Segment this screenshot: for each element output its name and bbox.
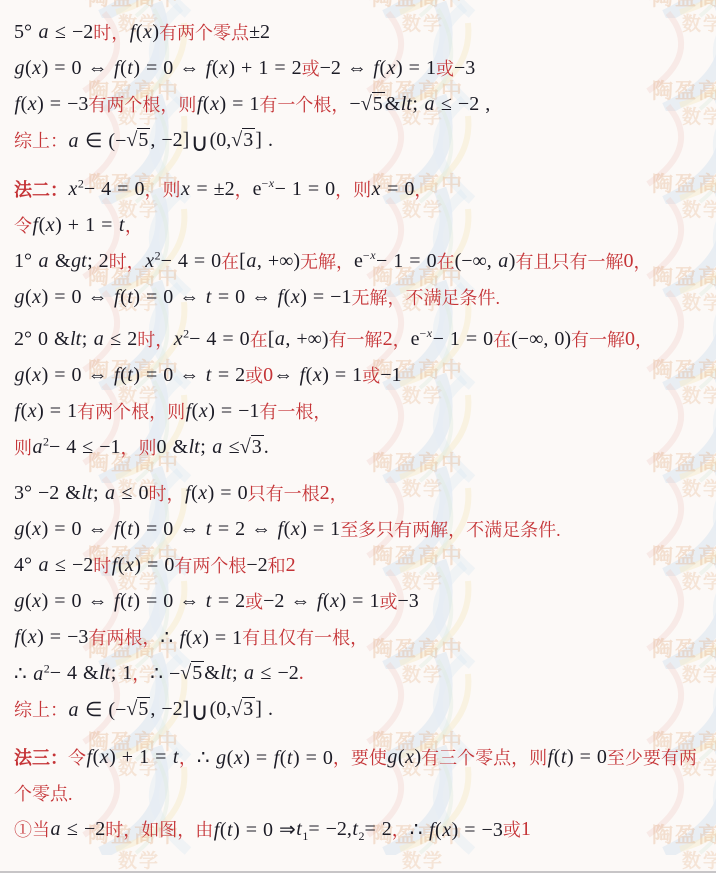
math-text: x = ±2 xyxy=(180,178,234,201)
chinese-text: 或 xyxy=(379,588,397,614)
text-line-2: g(x) = 0 ⇔ f(t) = 0 ⇔ f(x) + 1 = 2 或 −2 … xyxy=(0,50,716,86)
chinese-text: ， xyxy=(633,248,651,274)
math-text: (0, xyxy=(210,698,232,721)
chinese-text: 和 xyxy=(268,552,286,578)
chinese-text: 或 xyxy=(436,55,454,81)
math-text: . xyxy=(264,436,269,459)
chinese-text: ， xyxy=(635,326,653,352)
math-text: − 4 &lt; 1 xyxy=(50,662,133,685)
document-page: 陶盈高中数学陶盈高中数学陶盈高中数学陶盈高中数学陶盈高中数学陶盈高中数学陶盈高中… xyxy=(0,0,716,873)
math-text: 1 xyxy=(521,818,531,841)
math-text: 0 &lt; a ≤ xyxy=(157,436,240,459)
chinese-text: 有一解 xyxy=(329,326,383,352)
math-text: − 4 = 0 xyxy=(84,178,145,201)
chinese-text: 令 xyxy=(14,212,32,238)
text-line-20: 法三：令 f(x) + 1 = t， ∴ g(x) = f(t) = 0，要使 … xyxy=(0,739,716,775)
chinese-text: ，则 xyxy=(335,176,371,202)
math-text: 1° a &gt; 2 xyxy=(14,250,109,273)
math-text: f(x) = −1 xyxy=(185,400,259,423)
math-text: 0 xyxy=(625,328,635,351)
chinese-text: 无解，不满足条件. xyxy=(351,284,500,310)
chinese-text: 时， xyxy=(93,19,129,45)
math-text: f(x) = 0 xyxy=(111,554,174,577)
chinese-text: 个零点. xyxy=(14,780,73,806)
math-text: x2 xyxy=(173,328,189,351)
chinese-text: 有一个根， xyxy=(259,91,349,117)
chinese-text: 有两根， xyxy=(88,624,160,650)
text-line-15: 4° a ≤ −2时 f(x) = 0 有两个根−2和 2 xyxy=(0,547,716,583)
math-text: a ∈ (− xyxy=(68,697,126,722)
math-text: −2 ⇔ f(x) = 1 xyxy=(263,590,379,613)
chinese-text: ①当 xyxy=(14,816,50,842)
chinese-text: 有两个根 xyxy=(174,552,246,578)
text-line-16: g(x) = 0 ⇔ f(t) = 0 ⇔ t = 2 或 −2 ⇔ f(x) … xyxy=(0,583,716,619)
text-line-5: 法二： x2 − 4 = 0，则 x = ±2， e−x − 1 = 0，则 x… xyxy=(0,171,716,207)
text-line-1: 5° a ≤ −2时， f(x) 有两个零点±2 xyxy=(0,14,716,50)
text-line-18: ∴ a2 − 4 &lt; 1， ∴ −√5 &lt; a ≤ −2 . xyxy=(0,655,716,691)
chinese-text: 有两个零点 xyxy=(159,19,249,45)
math-text: ∴ f(x) = −3 xyxy=(410,817,503,842)
math-text: f(x) + 1 = t xyxy=(86,746,179,769)
math-text: g(x) = 0 ⇔ f(t) = 0 ⇔ f(x) + 1 = 2 xyxy=(14,57,302,80)
text-line-7: 1° a &gt; 2时， x2 − 4 = 0 在[a, +∞) 无解， e−… xyxy=(0,243,716,279)
chinese-text: ， xyxy=(235,176,253,202)
math-text: − 1 = 0 xyxy=(433,328,494,351)
math-text: √5 xyxy=(361,93,385,116)
text-line-22: ①当 a ≤ −2时，如图，由 f(t) = 0 ⇒ t1 = −2, t2 =… xyxy=(0,811,716,847)
chinese-text: 时， xyxy=(109,248,145,274)
math-text: √5 xyxy=(126,129,150,152)
chinese-text: 法三： xyxy=(14,744,68,770)
math-text: x2 xyxy=(145,250,161,273)
math-text: f(t) = 0 ⇒ xyxy=(213,817,296,842)
math-text: e−x xyxy=(411,328,433,351)
math-text: ∴ g(x) = f(t) = 0 xyxy=(197,745,333,770)
math-text: 2 xyxy=(383,328,393,351)
math-text: t1 xyxy=(296,818,309,841)
chinese-text: 综上： xyxy=(14,696,68,722)
math-text: − 1 = 0 xyxy=(275,178,336,201)
chinese-text: 综上： xyxy=(14,127,68,153)
math-text: f(x) xyxy=(129,21,159,44)
chinese-text: 有一根， xyxy=(259,398,331,424)
math-text: g(x) = 0 ⇔ f(t) = 0 ⇔ t = 2 xyxy=(14,364,245,387)
text-line-12: 则 a2 − 4 ≤ −1，则 0 &lt; a ≤ √3 . xyxy=(0,429,716,465)
chinese-text: 时， xyxy=(149,480,185,506)
chinese-text: 时， xyxy=(137,326,173,352)
math-text: . xyxy=(299,662,304,685)
math-text: 0 xyxy=(263,364,273,387)
chinese-text: ，则 xyxy=(144,176,180,202)
math-text: − 4 ≤ −1 xyxy=(49,436,121,459)
math-text: √5 xyxy=(126,698,150,721)
math-text: √3 xyxy=(231,129,255,152)
math-text: − 4 = 0 xyxy=(189,328,250,351)
math-text: ±2 xyxy=(249,21,270,44)
math-text: , −2] xyxy=(150,698,189,721)
math-text: [a, +∞) xyxy=(268,328,329,351)
math-text: ⇔ f(x) = 1 xyxy=(273,364,362,387)
text-line-14: g(x) = 0 ⇔ f(t) = 0 ⇔ t = 2 ⇔ f(x) = 1 至… xyxy=(0,511,716,547)
math-text: f(t) = 0 xyxy=(547,746,607,769)
math-text: 2 xyxy=(320,482,330,505)
math-text: 3° −2 &lt; a ≤ 0 xyxy=(14,482,149,505)
math-text: − 1 = 0 xyxy=(376,250,437,273)
math-text: ∴ a2 xyxy=(14,661,50,686)
math-text: 4° a ≤ −2 xyxy=(14,554,93,577)
math-text: √3 xyxy=(231,698,255,721)
math-text: = −2, xyxy=(308,818,352,841)
chinese-text: 在 xyxy=(493,326,511,352)
math-text: x2 xyxy=(68,178,84,201)
math-text: (0, xyxy=(210,129,232,152)
math-text: −1 xyxy=(380,364,401,387)
chinese-text: 有一解 xyxy=(571,326,625,352)
chinese-text: 有且仅有一根， xyxy=(242,624,368,650)
math-text: ∪ xyxy=(190,128,208,157)
math-text: g(x) = 0 ⇔ f(t) = 0 ⇔ t = 2 xyxy=(14,590,245,613)
math-text: g(x) = 0 ⇔ f(t) = 0 ⇔ t = 0 ⇔ f(x) = −1 xyxy=(14,286,351,309)
text-line-17: f(x) = −3 有两根， ∴ f(x) = 1 有且仅有一根， xyxy=(0,619,716,655)
chinese-text: 时 xyxy=(93,552,111,578)
solution-text: 5° a ≤ −2时， f(x) 有两个零点±2g(x) = 0 ⇔ f(t) … xyxy=(0,0,716,873)
math-text: 0 xyxy=(623,250,633,273)
chinese-text: 或 xyxy=(245,588,263,614)
chinese-text: 或 xyxy=(245,362,263,388)
math-text: = 2 xyxy=(364,818,391,841)
math-text: e−x xyxy=(253,178,275,201)
math-text: (−∞, 0) xyxy=(511,328,571,351)
chinese-text: ， xyxy=(393,326,411,352)
math-text: f(x) = 0 xyxy=(185,482,248,505)
math-text: f(x) = −3 xyxy=(14,93,88,116)
math-text: a ≤ −2 xyxy=(50,818,105,841)
math-text: f(x) = 1 xyxy=(14,400,77,423)
chinese-text: 至多只有两解，不满足条件. xyxy=(340,516,561,542)
chinese-text: ，要使 xyxy=(333,744,387,770)
chinese-text: 无解， xyxy=(300,248,354,274)
text-line-8: g(x) = 0 ⇔ f(t) = 0 ⇔ t = 0 ⇔ f(x) = −1 … xyxy=(0,279,716,315)
chinese-text: 有且只有一解 xyxy=(515,248,623,274)
math-text: 5° a ≤ −2 xyxy=(14,21,93,44)
math-text: f(x) = 1 xyxy=(196,93,259,116)
math-text: e−x xyxy=(354,250,376,273)
chinese-text: ， xyxy=(132,660,150,686)
math-text: &lt; a ≤ −2 , xyxy=(385,93,491,116)
chinese-text: 或 xyxy=(302,55,320,81)
math-text: ∴ − xyxy=(150,661,180,686)
math-text: a ∈ (− xyxy=(68,128,126,153)
math-text: &lt; a ≤ −2 xyxy=(204,662,299,685)
math-text: f(x) = −3 xyxy=(14,626,88,649)
chinese-text: 令 xyxy=(68,744,86,770)
math-text: ] . xyxy=(255,129,273,152)
math-text: x = 0 xyxy=(371,178,414,201)
chinese-text: 有三个零点，则 xyxy=(421,744,547,770)
math-text: −2 xyxy=(246,554,267,577)
math-text: ] . xyxy=(255,698,273,721)
math-text: 2 xyxy=(286,554,296,577)
math-text: t2 xyxy=(352,818,365,841)
chinese-text: 或 xyxy=(362,362,380,388)
math-text: −3 xyxy=(397,590,418,613)
math-text: g(x) xyxy=(387,746,421,769)
text-line-11: f(x) = 1 有两个根，则 f(x) = −1 有一根， xyxy=(0,393,716,429)
text-line-13: 3° −2 &lt; a ≤ 0时， f(x) = 0 只有一根 2， xyxy=(0,475,716,511)
chinese-text: 或 xyxy=(503,816,521,842)
text-line-6: 令 f(x) + 1 = t， xyxy=(0,207,716,243)
chinese-text: 在 xyxy=(437,248,455,274)
chinese-text: 法二： xyxy=(14,176,68,202)
chinese-text: 至少要有两 xyxy=(607,744,697,770)
chinese-text: ， xyxy=(125,212,143,238)
chinese-text: 有两个根，则 xyxy=(77,398,185,424)
chinese-text: ， xyxy=(414,176,432,202)
chinese-text: 只有一根 xyxy=(248,480,320,506)
math-text: √5 xyxy=(180,662,204,685)
math-text: a2 xyxy=(32,436,49,459)
math-text: ∴ f(x) = 1 xyxy=(160,625,242,650)
math-text: − 4 = 0 xyxy=(161,250,222,273)
text-line-10: g(x) = 0 ⇔ f(t) = 0 ⇔ t = 2 或 0 ⇔ f(x) =… xyxy=(0,357,716,393)
math-text: , −2] xyxy=(150,129,189,152)
chinese-text: ，则 xyxy=(121,434,157,460)
chinese-text: 有两个根，则 xyxy=(88,91,196,117)
math-text: − xyxy=(349,93,360,116)
chinese-text: ， xyxy=(179,744,197,770)
math-text: ∪ xyxy=(190,697,208,726)
math-text: [a, +∞) xyxy=(239,250,300,273)
math-text: (−∞, a) xyxy=(455,250,516,273)
chinese-text: 在 xyxy=(221,248,239,274)
math-text: √3 xyxy=(240,436,264,459)
text-line-21: 个零点. xyxy=(0,775,716,811)
text-line-4: 综上： a ∈ (−√5, −2]∪(0, √3] . xyxy=(0,122,716,158)
math-text: −3 xyxy=(454,57,475,80)
math-text: 2° 0 &lt; a ≤ 2 xyxy=(14,328,137,351)
text-line-9: 2° 0 &lt; a ≤ 2时， x2 − 4 = 0 在[a, +∞) 有一… xyxy=(0,321,716,357)
math-text: f(x) + 1 = t xyxy=(32,214,125,237)
chinese-text: ， xyxy=(330,480,348,506)
math-text: −2 ⇔ f(x) = 1 xyxy=(320,57,436,80)
chinese-text: ， xyxy=(392,816,410,842)
chinese-text: 时，如图，由 xyxy=(105,816,213,842)
text-line-19: 综上： a ∈ (−√5, −2]∪(0, √3] . xyxy=(0,691,716,727)
math-text: g(x) = 0 ⇔ f(t) = 0 ⇔ t = 2 ⇔ f(x) = 1 xyxy=(14,518,340,541)
chinese-text: 在 xyxy=(250,326,268,352)
chinese-text: 则 xyxy=(14,434,32,460)
text-line-3: f(x) = −3 有两个根，则 f(x) = 1 有一个根， −√5 &lt;… xyxy=(0,86,716,122)
